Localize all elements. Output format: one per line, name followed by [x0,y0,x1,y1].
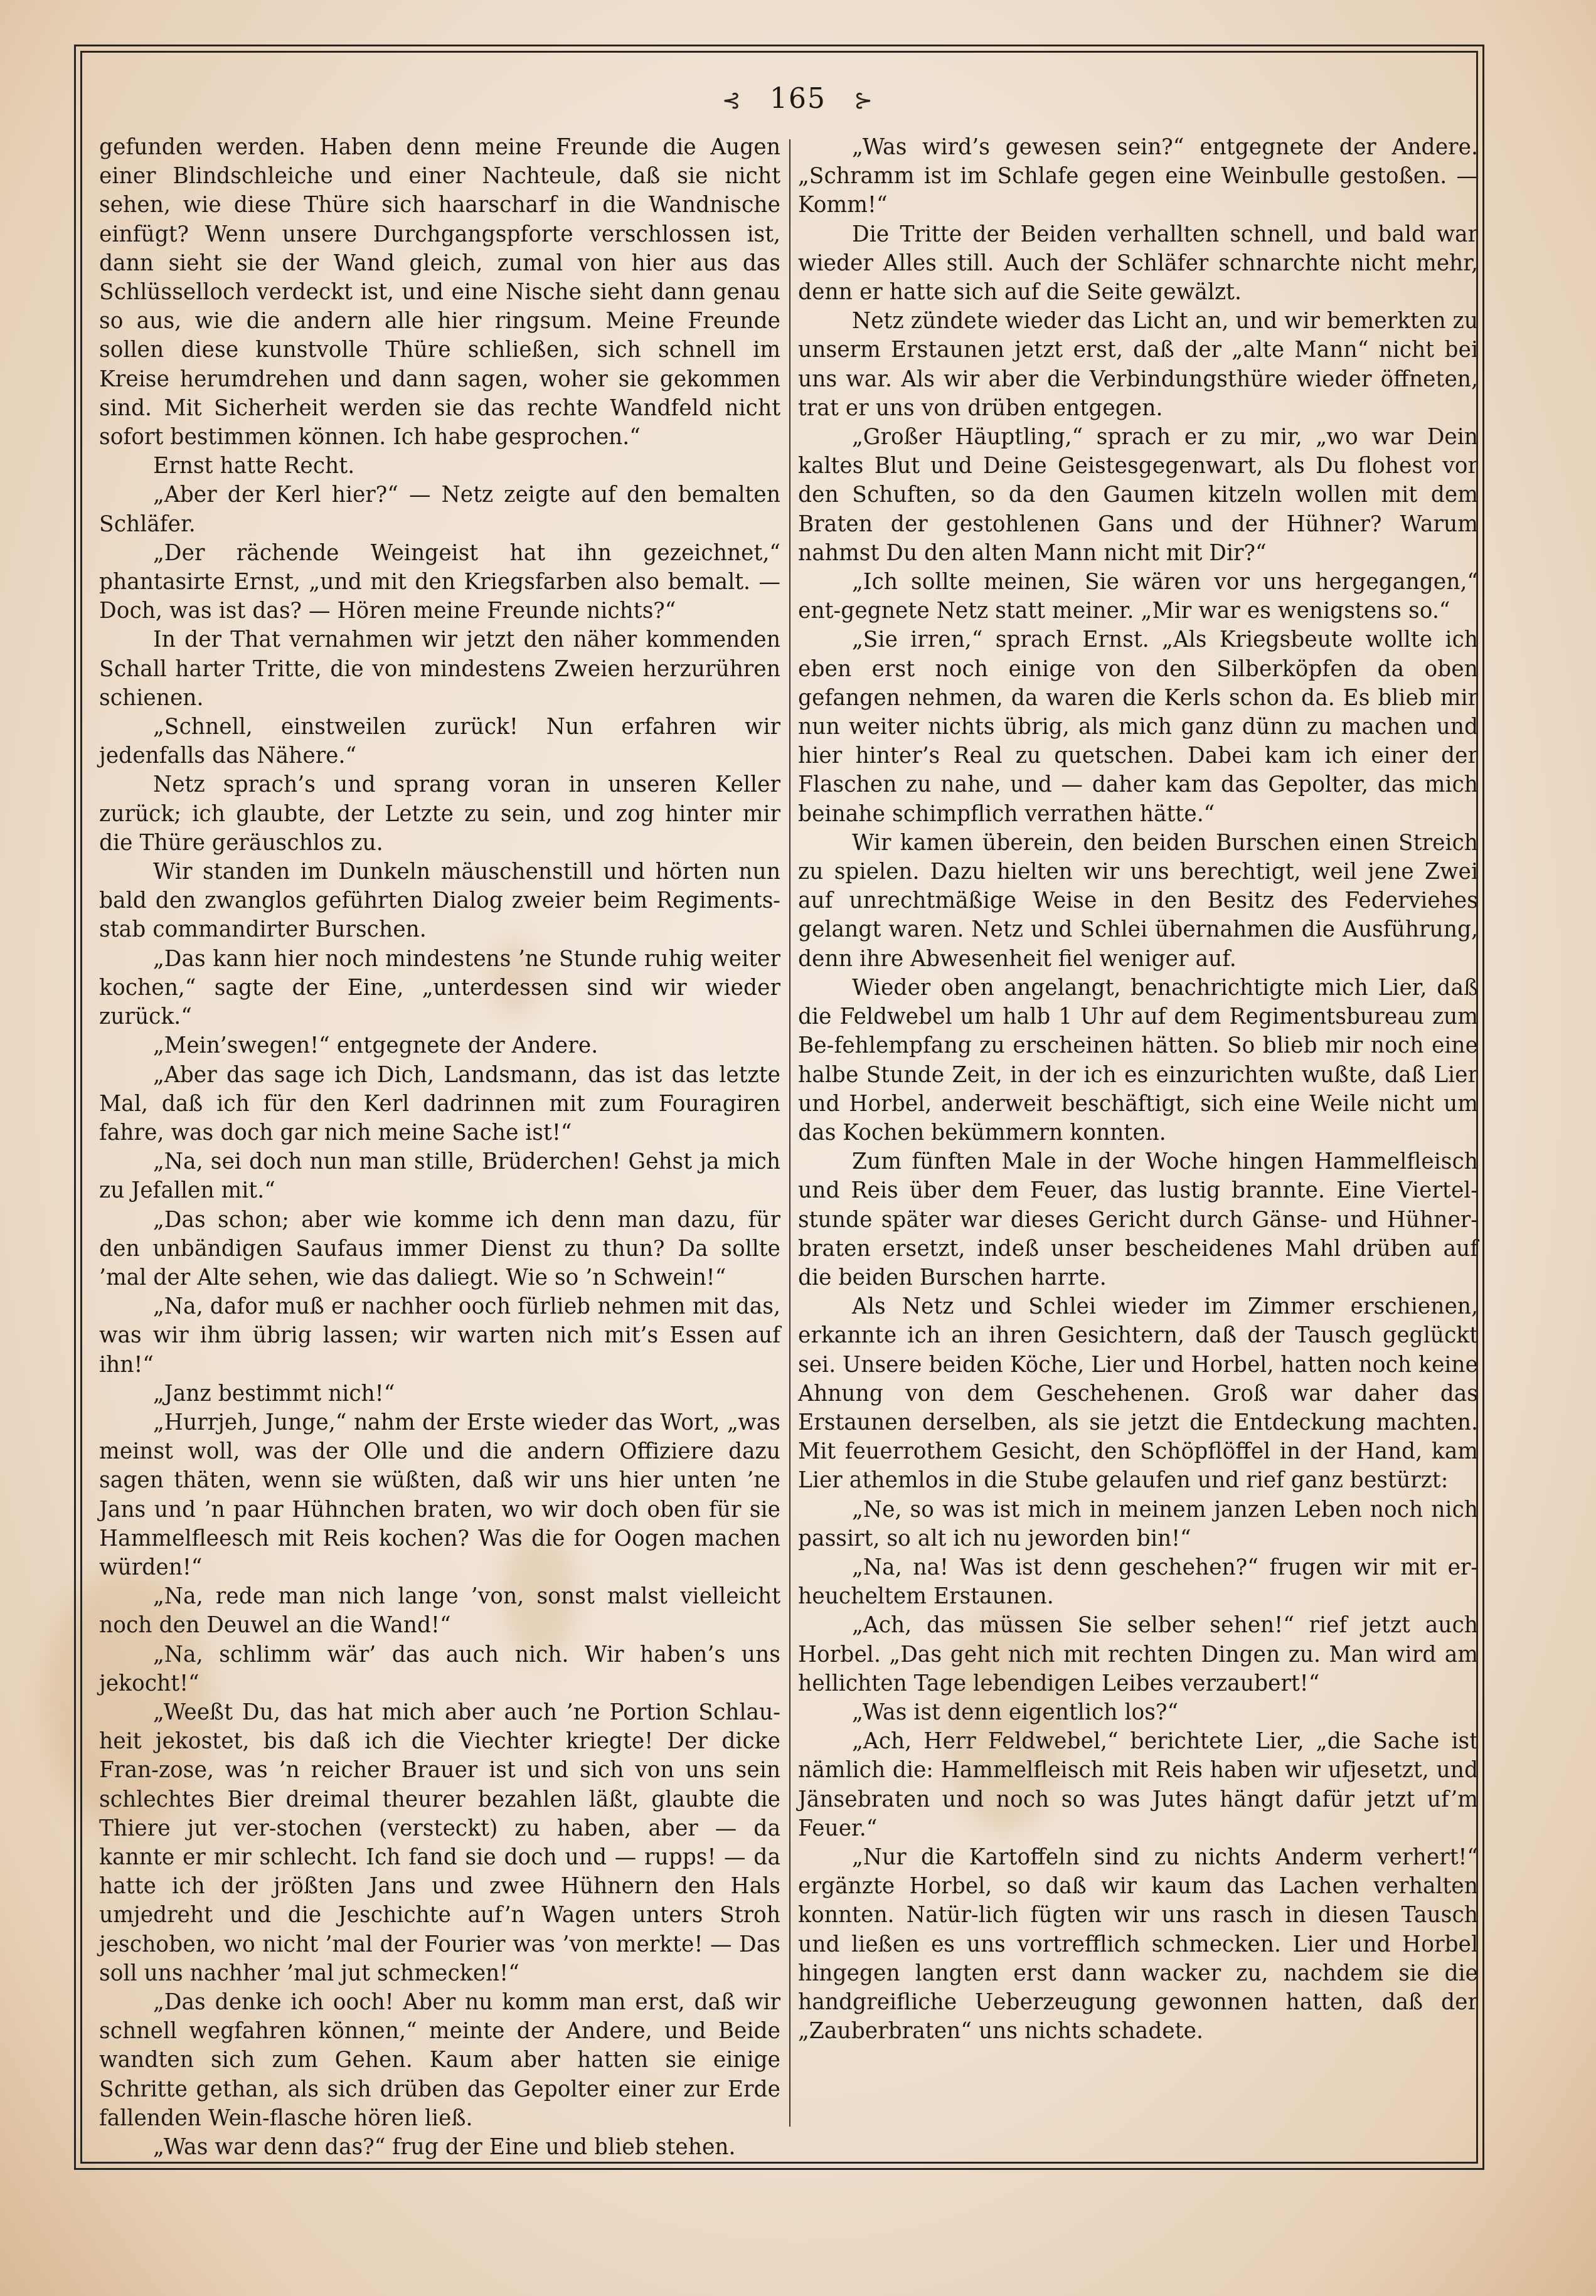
paragraph: „Ich sollte meinen, Sie wären vor uns he… [798,568,1478,625]
paragraph: „Nur die Kartoffeln sind zu nichts Ander… [798,1843,1478,2046]
paragraph: Wir kamen überein, den beiden Burschen e… [798,829,1478,974]
paragraph: „Sie irren,“ sprach Ernst. „Als Kriegsbe… [798,625,1478,828]
page-number: 165 [770,83,826,115]
paragraph: „Das denke ich ooch! Aber nu komm man er… [99,1988,780,2133]
page-header: ⊰ 165 ⊱ [0,83,1596,115]
paragraph: „Weeßt Du, das hat mich aber auch ’ne Po… [99,1698,780,1988]
paragraph: „Schnell, einstweilen zurück! Nun erfahr… [99,713,780,770]
paragraph: „Das schon; aber wie komme ich denn man … [99,1206,780,1293]
paragraph: Ernst hatte Recht. [99,452,780,481]
paragraph: „Das kann hier noch mindestens ’ne Stund… [99,945,780,1032]
paragraph: „Großer Häuptling,“ sprach er zu mir, „w… [798,423,1478,568]
paragraph: Zum fünften Male in der Woche hingen Ham… [798,1147,1478,1292]
paragraph: „Na, rede man nich lange ’von, sonst mal… [99,1582,780,1640]
left-column: gefunden werden. Haben denn meine Freund… [99,133,780,2162]
paragraph: „Janz bestimmt nich!“ [99,1379,780,1408]
right-column: „Was wird’s gewesen sein?“ entgegnete de… [798,133,1478,2046]
paragraph: Wir standen im Dunkeln mäuschenstill und… [99,858,780,945]
paragraph: Die Tritte der Beiden verhallten schnell… [798,220,1478,307]
paragraph: „Was wird’s gewesen sein?“ entgegnete de… [798,133,1478,220]
paragraph: „Na, na! Was ist denn geschehen?“ frugen… [798,1553,1478,1611]
paragraph: „Aber der Kerl hier?“ — Netz zeigte auf … [99,481,780,538]
ornament-right-icon: ⊱ [854,88,874,114]
paragraph: In der That vernahmen wir jetzt den nähe… [99,625,780,713]
paragraph: „Na, schlimm wär’ das auch nich. Wir hab… [99,1640,780,1698]
paragraph: „Na, dafor muß er nachher ooch fürlieb n… [99,1292,780,1379]
paragraph: „Was war denn das?“ frug der Eine und bl… [99,2133,780,2162]
paragraph: gefunden werden. Haben denn meine Freund… [99,133,780,452]
ornament-left-icon: ⊰ [722,88,742,114]
paragraph: Netz sprach’s und sprang voran in unsere… [99,770,780,858]
paragraph: „Aber das sage ich Dich, Landsmann, das … [99,1061,780,1148]
paragraph: Wieder oben angelangt, benachrichtigte m… [798,974,1478,1147]
paragraph: „Ach, Herr Feldwebel,“ berichtete Lier, … [798,1727,1478,1843]
paragraph: „Ach, das müssen Sie selber sehen!“ rief… [798,1611,1478,1698]
paragraph: Als Netz und Schlei wieder im Zimmer ers… [798,1292,1478,1495]
paragraph: „Mein’swegen!“ entgegnete der Andere. [99,1031,780,1060]
paragraph: „Ne, so was ist mich in meinem janzen Le… [798,1496,1478,1553]
paragraph: „Na, sei doch nun man stille, Brüderchen… [99,1147,780,1205]
paragraph: „Hurrjeh, Junge,“ nahm der Erste wieder … [99,1408,780,1582]
column-divider [789,139,790,2127]
paragraph: „Was ist denn eigentlich los?“ [798,1698,1478,1727]
paragraph: „Der rächende Weingeist hat ihn gezeichn… [99,539,780,626]
paragraph: Netz zündete wieder das Licht an, und wi… [798,307,1478,423]
